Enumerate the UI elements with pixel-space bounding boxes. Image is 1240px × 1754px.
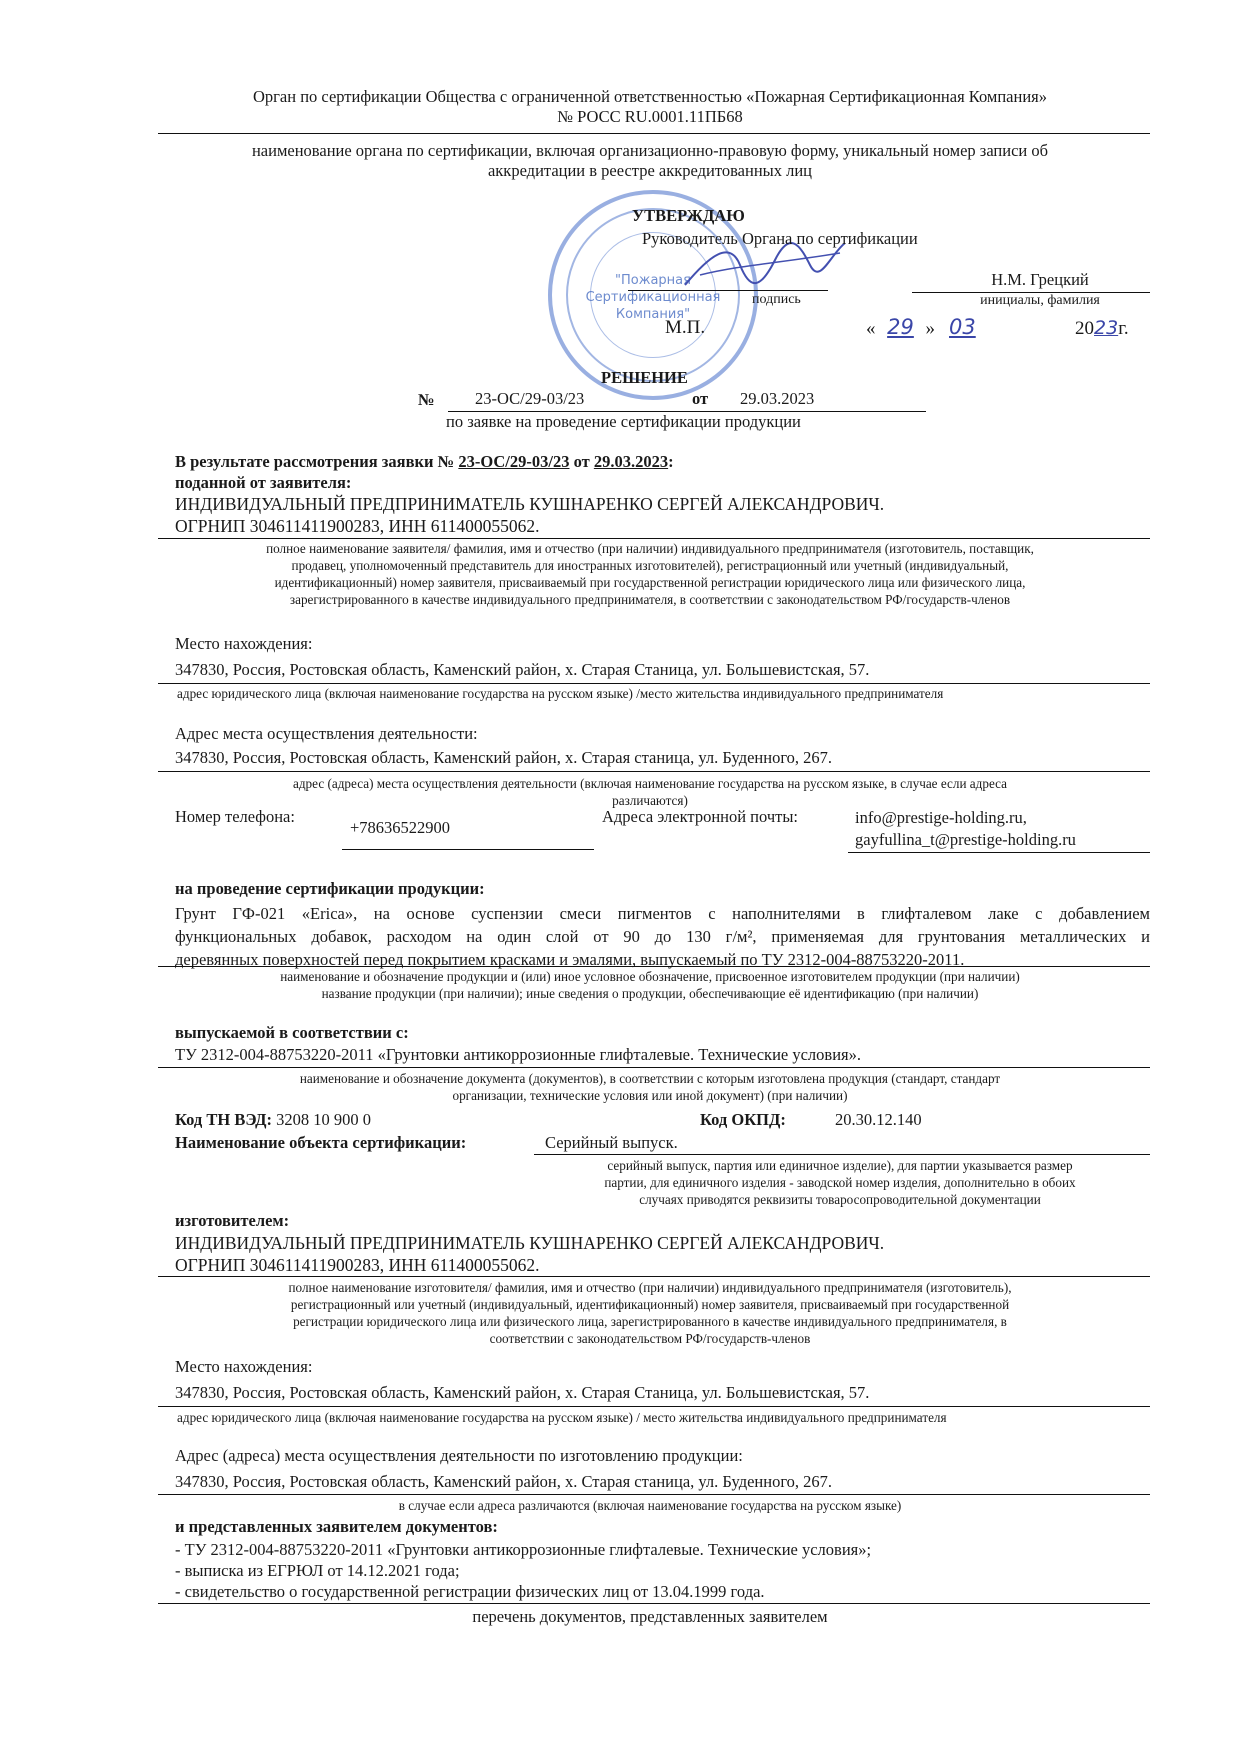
manufacturer-name: ИНДИВИДУАЛЬНЫЙ ПРЕДПРИНИМАТЕЛЬ КУШНАРЕНК…: [175, 1232, 884, 1254]
divider: [158, 683, 1150, 684]
divider: [158, 1494, 1150, 1495]
org-caption-line: наименование органа по сертификации, вкл…: [150, 141, 1150, 161]
caption-line: партии, для единичного изделия - заводск…: [530, 1174, 1150, 1191]
conformity-value: ТУ 2312-004-88753220-2011 «Грунтовки ант…: [175, 1045, 861, 1065]
documents-label: и представленных заявителем документов:: [175, 1517, 498, 1537]
location-label: Место нахождения:: [175, 634, 312, 654]
object-line: [534, 1154, 1150, 1155]
email-line: [848, 852, 1150, 853]
document-item: - ТУ 2312-004-88753220-2011 «Грунтовки а…: [175, 1539, 871, 1560]
date-day: 29: [876, 315, 926, 339]
application-intro: В результате рассмотрения заявки № 23-ОС…: [175, 452, 674, 472]
seal-place-mark: М.П.: [665, 318, 705, 338]
caption-line: полное наименование заявителя/ фамилия, …: [150, 540, 1150, 557]
email-block: info@prestige-holding.ru, gayfullina_t@p…: [855, 807, 1076, 851]
org-accreditation-number: № РОСС RU.0001.11ПБ68: [150, 107, 1150, 127]
caption-line: серийный выпуск, партия или единичное из…: [530, 1157, 1150, 1174]
manufacturer-location-value: 347830, Россия, Ростовская область, Каме…: [175, 1383, 869, 1403]
intro-text: от: [569, 452, 593, 471]
caption-line: полное наименование изготовителя/ фамили…: [150, 1279, 1150, 1296]
tnved-label: Код ТН ВЭД:: [175, 1110, 272, 1129]
decision-caption: по заявке на проведение сертификации про…: [446, 412, 801, 432]
caption-line: идентификационный) номер заявителя, прис…: [150, 574, 1150, 591]
org-name-line: Орган по сертификации Общества с огранич…: [150, 87, 1150, 107]
production-address-value: 347830, Россия, Ростовская область, Каме…: [175, 1472, 832, 1492]
quote: »: [926, 318, 936, 339]
org-caption: наименование органа по сертификации, вкл…: [150, 141, 1150, 181]
applicant-caption: полное наименование заявителя/ фамилия, …: [150, 540, 1150, 608]
seal-text: Компания": [552, 306, 754, 323]
manufacturer-location-caption: адрес юридического лица (включая наимено…: [177, 1409, 947, 1426]
production-caption: в случае если адреса различаются (включа…: [150, 1497, 1150, 1514]
activity-address-value: 347830, Россия, Ростовская область, Каме…: [175, 748, 832, 768]
product-caption: наименование и обозначение продукции и (…: [150, 968, 1150, 1002]
location-caption: адрес юридического лица (включая наимено…: [177, 685, 943, 702]
product-description: Грунт ГФ-021 «Erica», на основе суспензи…: [175, 902, 1150, 971]
okpd-value: 20.30.12.140: [835, 1110, 922, 1130]
tnved-value: 3208 10 900 0: [276, 1110, 371, 1129]
object-label: Наименование объекта сертификации:: [175, 1133, 466, 1153]
name-caption: инициалы, фамилия: [940, 292, 1140, 310]
approver-name: Н.М. Грецкий: [940, 270, 1140, 290]
manufacturer-label: изготовителем:: [175, 1211, 289, 1231]
email-value: info@prestige-holding.ru,: [855, 807, 1076, 829]
document-item: - свидетельство о государственной регист…: [175, 1581, 871, 1602]
caption-line: соответствии с законодательством РФ/госу…: [150, 1330, 1150, 1347]
approval-title: УТВЕРЖДАЮ: [632, 206, 745, 226]
description-line: функциональных добавок, расходом на один…: [175, 925, 1150, 948]
decision-date: 29.03.2023: [740, 389, 814, 409]
okpd-label: Код ОКПД:: [700, 1110, 786, 1130]
caption-line: зарегистрированного в качестве индивидуа…: [150, 591, 1150, 608]
caption-line: наименование и обозначение документа (до…: [150, 1070, 1150, 1087]
intro-text: В результате рассмотрения заявки №: [175, 452, 458, 471]
phone-value: +78636522900: [350, 818, 450, 838]
email-value: gayfullina_t@prestige-holding.ru: [855, 829, 1076, 851]
application-number: 23-ОС/29-03/23: [458, 452, 569, 471]
applicant-block: ИНДИВИДУАЛЬНЫЙ ПРЕДПРИНИМАТЕЛЬ КУШНАРЕНК…: [175, 493, 884, 537]
applicant-ids: ОГРНИП 304611411900283, ИНН 611400055062…: [175, 515, 884, 537]
caption-line: случаях приводятся реквизиты товаросопро…: [530, 1191, 1150, 1208]
product-label: на проведение сертификации продукции:: [175, 879, 485, 899]
documents-list: - ТУ 2312-004-88753220-2011 «Грунтовки а…: [175, 1539, 871, 1602]
documents-caption: перечень документов, представленных заяв…: [150, 1607, 1150, 1627]
applicant-label: поданной от заявителя:: [175, 473, 351, 493]
divider: [158, 1406, 1150, 1407]
caption-line: регистрационный или учетный (индивидуаль…: [150, 1296, 1150, 1313]
phone-label: Номер телефона:: [175, 807, 295, 827]
manufacturer-ids: ОГРНИП 304611411900283, ИНН 611400055062…: [175, 1254, 884, 1276]
application-date: 29.03.2023: [594, 452, 668, 471]
signature-caption: подпись: [752, 291, 801, 309]
divider: [158, 1603, 1150, 1604]
quote: «: [866, 318, 876, 339]
activity-caption: адрес (адреса) места осуществления деяте…: [150, 775, 1150, 809]
intro-text: :: [668, 452, 674, 471]
caption-line: наименование и обозначение продукции и (…: [150, 968, 1150, 985]
activity-address-label: Адрес места осуществления деятельности:: [175, 724, 478, 744]
date-year-suffix: 23: [1094, 317, 1118, 339]
divider: [158, 966, 1150, 967]
number-label: №: [418, 390, 435, 410]
conformity-label: выпускаемой в соответствии с:: [175, 1023, 409, 1043]
decision-number: 23-ОС/29-03/23: [475, 389, 584, 409]
certification-body-name: Орган по сертификации Общества с огранич…: [150, 87, 1150, 127]
object-caption: серийный выпуск, партия или единичное из…: [530, 1157, 1150, 1208]
org-caption-line: аккредитации в реестре аккредитованных л…: [150, 161, 1150, 181]
divider: [158, 771, 1150, 772]
divider: [158, 1067, 1150, 1068]
phone-line: [342, 849, 594, 850]
from-label: от: [692, 389, 708, 409]
tnved-code: Код ТН ВЭД: 3208 10 900 0: [175, 1110, 371, 1130]
caption-line: название продукции (при наличии); иные с…: [150, 985, 1150, 1002]
divider: [158, 538, 1150, 539]
caption-line: продавец, уполномоченный представитель д…: [150, 557, 1150, 574]
divider: [158, 133, 1150, 134]
manufacturer-location-label: Место нахождения:: [175, 1357, 312, 1377]
email-label: Адреса электронной почты:: [602, 807, 798, 827]
conformity-caption: наименование и обозначение документа (до…: [150, 1070, 1150, 1104]
manufacturer-caption: полное наименование изготовителя/ фамили…: [150, 1279, 1150, 1347]
decision-title: РЕШЕНИЕ: [601, 368, 688, 388]
date-year-prefix: 20: [1075, 318, 1094, 339]
caption-line: регистрации юридического лица или физиче…: [150, 1313, 1150, 1330]
caption-line: организации, технические условия или ино…: [150, 1087, 1150, 1104]
description-line: Грунт ГФ-021 «Erica», на основе суспензи…: [175, 902, 1150, 925]
divider: [158, 1276, 1150, 1277]
object-value: Серийный выпуск.: [545, 1133, 678, 1153]
approver-position: Руководитель Органа по сертификации: [642, 229, 918, 249]
approval-date: «29»032023г.: [866, 315, 1129, 340]
document-item: - выписка из ЕГРЮЛ от 14.12.2021 года;: [175, 1560, 871, 1581]
caption-line: адрес (адреса) места осуществления деяте…: [150, 775, 1150, 792]
location-value: 347830, Россия, Ростовская область, Каме…: [175, 660, 869, 680]
production-address-label: Адрес (адреса) места осуществления деяте…: [175, 1446, 743, 1466]
date-month: 03: [935, 315, 1075, 339]
date-year-end: г.: [1118, 318, 1128, 339]
applicant-name: ИНДИВИДУАЛЬНЫЙ ПРЕДПРИНИМАТЕЛЬ КУШНАРЕНК…: [175, 493, 884, 515]
manufacturer-block: ИНДИВИДУАЛЬНЫЙ ПРЕДПРИНИМАТЕЛЬ КУШНАРЕНК…: [175, 1232, 884, 1276]
